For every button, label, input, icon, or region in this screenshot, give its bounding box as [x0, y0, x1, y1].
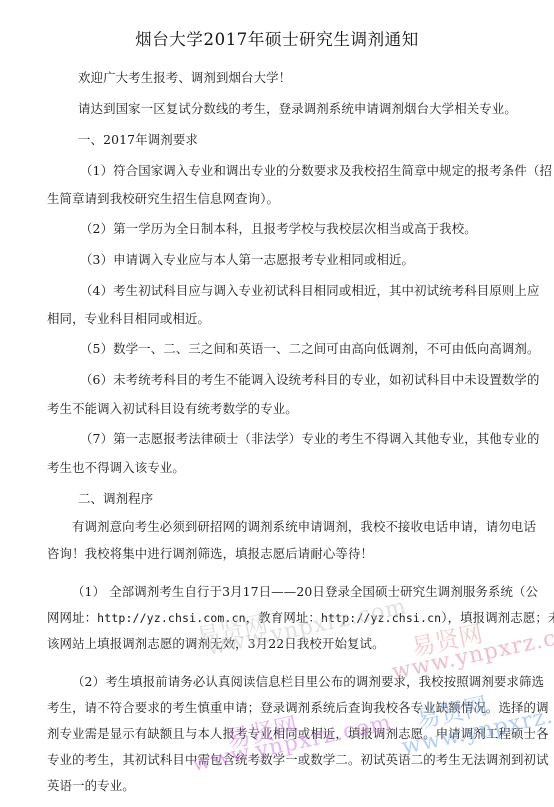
section2-intro-line2: 咨询！我校将集中进行调剂筛选，填报志愿后请耐心等待！ [47, 546, 373, 562]
requirement-1-line1: （1）符合国家调入专业和调出专业的分数要求及我校招生简章中规定的报考条件（招 [80, 163, 552, 179]
step1-line3: 该网站上填报调剂志愿的调剂无效，3月22日我校开始复试。 [47, 636, 385, 652]
requirement-4-line1: （4）考生初试科目应与调入专业初试科目相同或相近，其中初试统考科目原则上应 [80, 283, 540, 299]
intro-instruction: 请达到国家一区复试分数线的考生，登录调剂系统申请调剂烟台大学相关专业。 [78, 101, 517, 117]
step1-line2: 网网址：http://yz.chsi.com.cn，教育网址：http://yz… [47, 610, 554, 626]
step1-line2-prefix: 网网址： [47, 610, 97, 625]
step1-line2-mid: ，教育网址： [246, 610, 321, 625]
requirement-6-line1: （6）未考统考科目的考生不能调入设统考科目的专业，如初试科目中未设置数学的 [80, 372, 540, 388]
requirement-5: （5）数学一、二、三之间和英语一、二之间可由高向低调剂，不可由低向高调剂。 [80, 341, 540, 357]
step2-line4: 专业的考生，其初试科目中需包含统考数学一或数学二。初试英语二的考生无法调剂到初试 [47, 752, 549, 768]
step1-line2-suffix: ），填报调剂志愿；未在 [441, 610, 554, 625]
section2-intro-line1: 有调剂意向考生必须到研招网的调剂系统申请调剂，我校不接收电话申请，请勿电话 [72, 519, 536, 535]
intro-welcome: 欢迎广大考生报考、调剂到烟台大学！ [78, 70, 291, 86]
requirement-2: （2）第一学历为全日制本科，且报考学校与我校层次相当或高于我校。 [80, 221, 477, 237]
edu-url-link[interactable]: http://yz.chsi.cn [321, 611, 441, 625]
requirement-7-line2: 考生也不得调入该专业。 [47, 460, 185, 476]
step1-line1: （1） 全部调剂考生自行于3月17日——20日登录全国硕士研究生调剂服务系统（公 [72, 584, 538, 600]
requirement-7-line1: （7）第一志愿报考法律硕士（非法学）专业的考生不得调入其他专业，其他专业的 [80, 431, 540, 447]
step2-line3: 剂专业需是显示有缺额且与本人报考专业相同或相近，填报调剂志愿。申请调剂工程硕士各 [47, 726, 549, 742]
section1-heading: 一、2017年调剂要求 [78, 132, 198, 148]
requirement-4-line2: 相同，专业科目相同或相近。 [47, 311, 210, 327]
page-title: 烟台大学2017年硕士研究生调剂通知 [0, 29, 554, 51]
step2-line1: （2）考生填报前请务必认真阅读信息栏目里公布的调剂要求，我校按照调剂要求筛选 [72, 674, 544, 690]
step2-line2: 考生，请不符合要求的考生慎重申请；登录调剂系统后查询我校各专业缺额情况。选择的调 [47, 700, 549, 716]
document-page: 烟台大学2017年硕士研究生调剂通知 欢迎广大考生报考、调剂到烟台大学！ 请达到… [0, 0, 554, 807]
requirement-3: （3）申请调入专业应与本人第一志愿报考专业相同或相近。 [80, 252, 414, 268]
requirement-1-line2: 生简章请到我校研究生招生信息网查询）。 [47, 191, 279, 207]
requirement-6-line2: 考生不能调入初试科目设有统考数学的专业。 [47, 401, 298, 417]
step2-line5: 英语一的专业。 [47, 778, 135, 794]
public-url-link[interactable]: http://yz.chsi.com.cn [97, 611, 246, 625]
section2-heading: 二、调剂程序 [78, 491, 153, 507]
